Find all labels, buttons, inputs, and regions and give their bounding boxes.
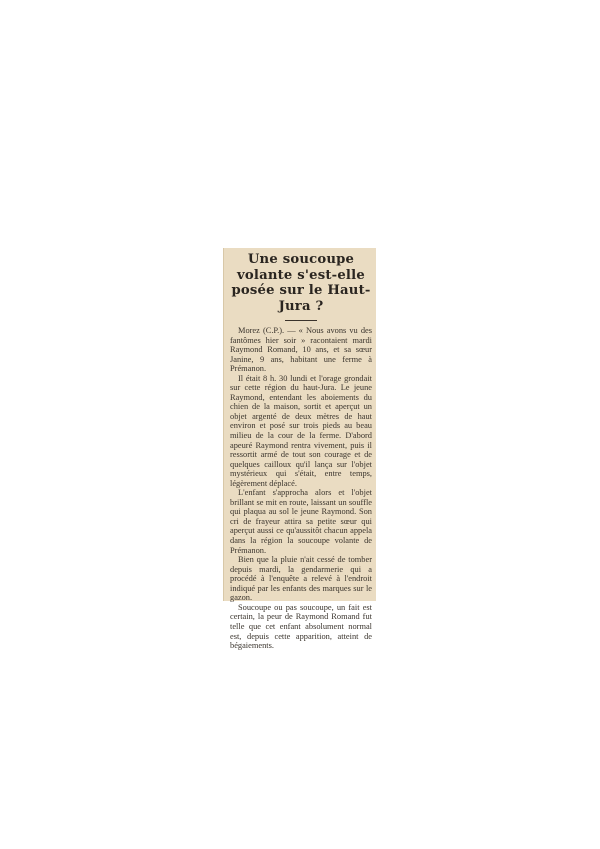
headline: Une soucoupe volante s'est-elle posée su… (230, 252, 372, 314)
paragraph: Bien que la pluie n'ait cessé de tomber … (230, 555, 372, 603)
paragraph: Soucoupe ou pas soucoupe, un fait est ce… (230, 603, 372, 651)
paragraph: L'enfant s'approcha alors et l'objet bri… (230, 488, 372, 555)
headline-divider (285, 320, 317, 321)
paragraph: Il était 8 h. 30 lundi et l'orage gronda… (230, 374, 372, 489)
newspaper-clipping: Une soucoupe volante s'est-elle posée su… (223, 248, 376, 601)
article-body: Morez (C.P.). — « Nous avons vu des fant… (230, 326, 372, 651)
paragraph: Morez (C.P.). — « Nous avons vu des fant… (230, 326, 372, 374)
